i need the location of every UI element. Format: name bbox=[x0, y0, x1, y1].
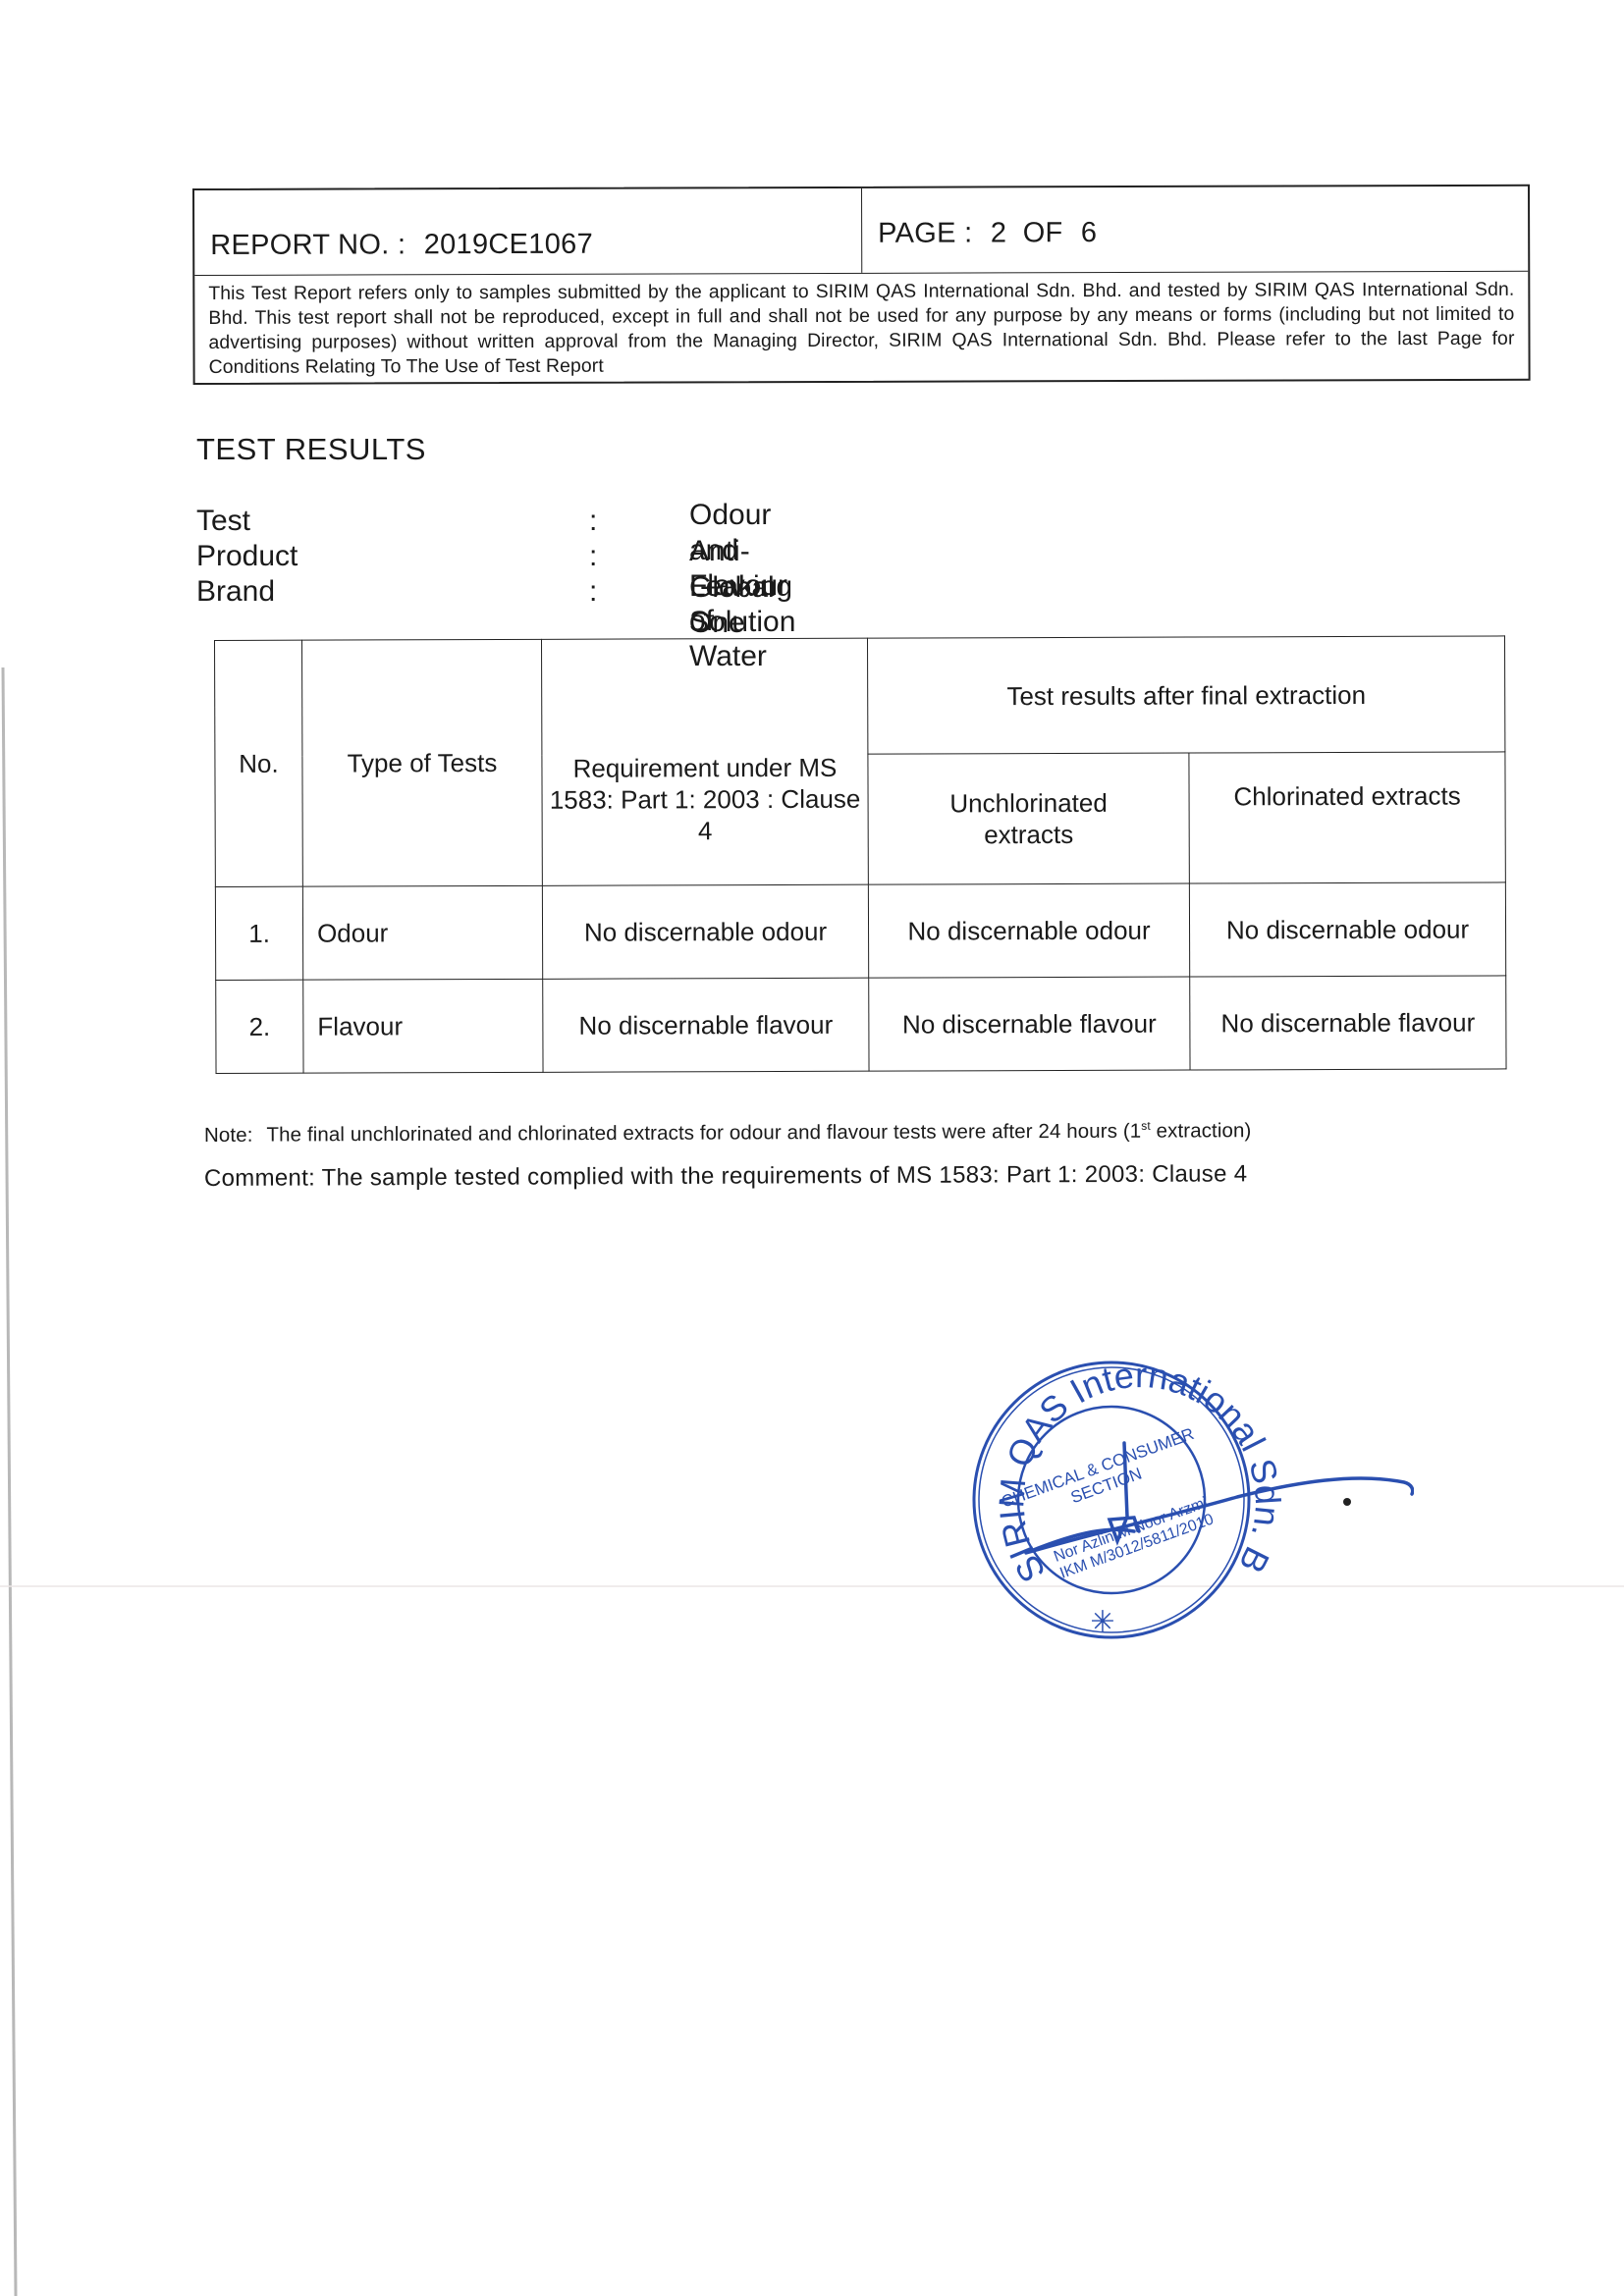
col-header-results-group: Test results after final extraction bbox=[867, 636, 1504, 754]
meta-value: Global One bbox=[689, 570, 775, 641]
report-no-value: 2019CE1067 bbox=[424, 229, 593, 261]
meta-label: Test bbox=[196, 504, 491, 539]
meta-colon: : bbox=[589, 504, 597, 539]
cell-chlorinated: No discernable odour bbox=[1189, 882, 1505, 977]
company-stamp: SIRIM QAS International Sdn. Bhd. CHEMIC… bbox=[943, 1335, 1414, 1669]
report-number: REPORT NO. : 2019CE1067 bbox=[194, 188, 862, 275]
page-total: 6 bbox=[1081, 217, 1098, 248]
cell-requirement: No discernable flavour bbox=[543, 978, 869, 1072]
star-icon: ✳ bbox=[1090, 1606, 1114, 1638]
comment-text: Comment: The sample tested complied with… bbox=[204, 1160, 1252, 1193]
page-current: 2 bbox=[991, 217, 1007, 248]
meta-label: Product bbox=[196, 539, 491, 574]
col-header-type: Type of Tests bbox=[302, 639, 543, 886]
page-of: OF bbox=[1023, 217, 1063, 248]
cell-chlorinated: No discernable flavour bbox=[1190, 976, 1506, 1070]
disclaimer-text: This Test Report refers only to samples … bbox=[194, 272, 1528, 380]
note-text: Note:The final unchlorinated and chlorin… bbox=[204, 1118, 1252, 1147]
note-body-end: extraction) bbox=[1151, 1119, 1252, 1142]
meta-colon: : bbox=[589, 574, 597, 610]
cell-unchlorinated: No discernable flavour bbox=[869, 977, 1190, 1071]
cell-type: Odour bbox=[302, 885, 542, 980]
table-row: 1. Odour No discernable odour No discern… bbox=[215, 882, 1505, 981]
cell-no: 1. bbox=[215, 886, 302, 980]
meta-colon: : bbox=[589, 539, 597, 574]
results-table-wrapper: No. Type of Tests Requirement under MS 1… bbox=[214, 635, 1506, 1074]
note-superscript: st bbox=[1141, 1119, 1151, 1133]
col-header-requirement: Requirement under MS 1583: Part 1: 2003 … bbox=[541, 638, 868, 885]
page-indicator: PAGE : 2 OF 6 bbox=[862, 187, 1528, 273]
col-header-chlorinated: Chlorinated extracts bbox=[1189, 752, 1505, 883]
section-title: TEST RESULTS bbox=[196, 432, 426, 467]
meta-label: Brand bbox=[196, 574, 491, 610]
page-label: PAGE : bbox=[878, 218, 972, 249]
note-body: The final unchlorinated and chlorinated … bbox=[266, 1120, 1141, 1147]
col-header-no: No. bbox=[215, 640, 303, 886]
report-header: REPORT NO. : 2019CE1067 PAGE : 2 OF 6 Th… bbox=[192, 185, 1531, 385]
report-label: REPORT NO. : bbox=[210, 229, 406, 261]
note-label: Note: bbox=[204, 1124, 253, 1147]
notes-section: Note:The final unchlorinated and chlorin… bbox=[204, 1123, 1251, 1193]
cell-unchlorinated: No discernable odour bbox=[868, 883, 1189, 978]
results-table: No. Type of Tests Requirement under MS 1… bbox=[214, 635, 1507, 1074]
table-row: 2. Flavour No discernable flavour No dis… bbox=[216, 976, 1506, 1074]
cell-requirement: No discernable odour bbox=[542, 884, 868, 979]
cell-type: Flavour bbox=[303, 979, 543, 1073]
col-header-unchlorinated: Unchlorinated extracts bbox=[868, 753, 1189, 884]
ink-dot bbox=[1343, 1498, 1351, 1506]
cell-no: 2. bbox=[216, 980, 303, 1073]
